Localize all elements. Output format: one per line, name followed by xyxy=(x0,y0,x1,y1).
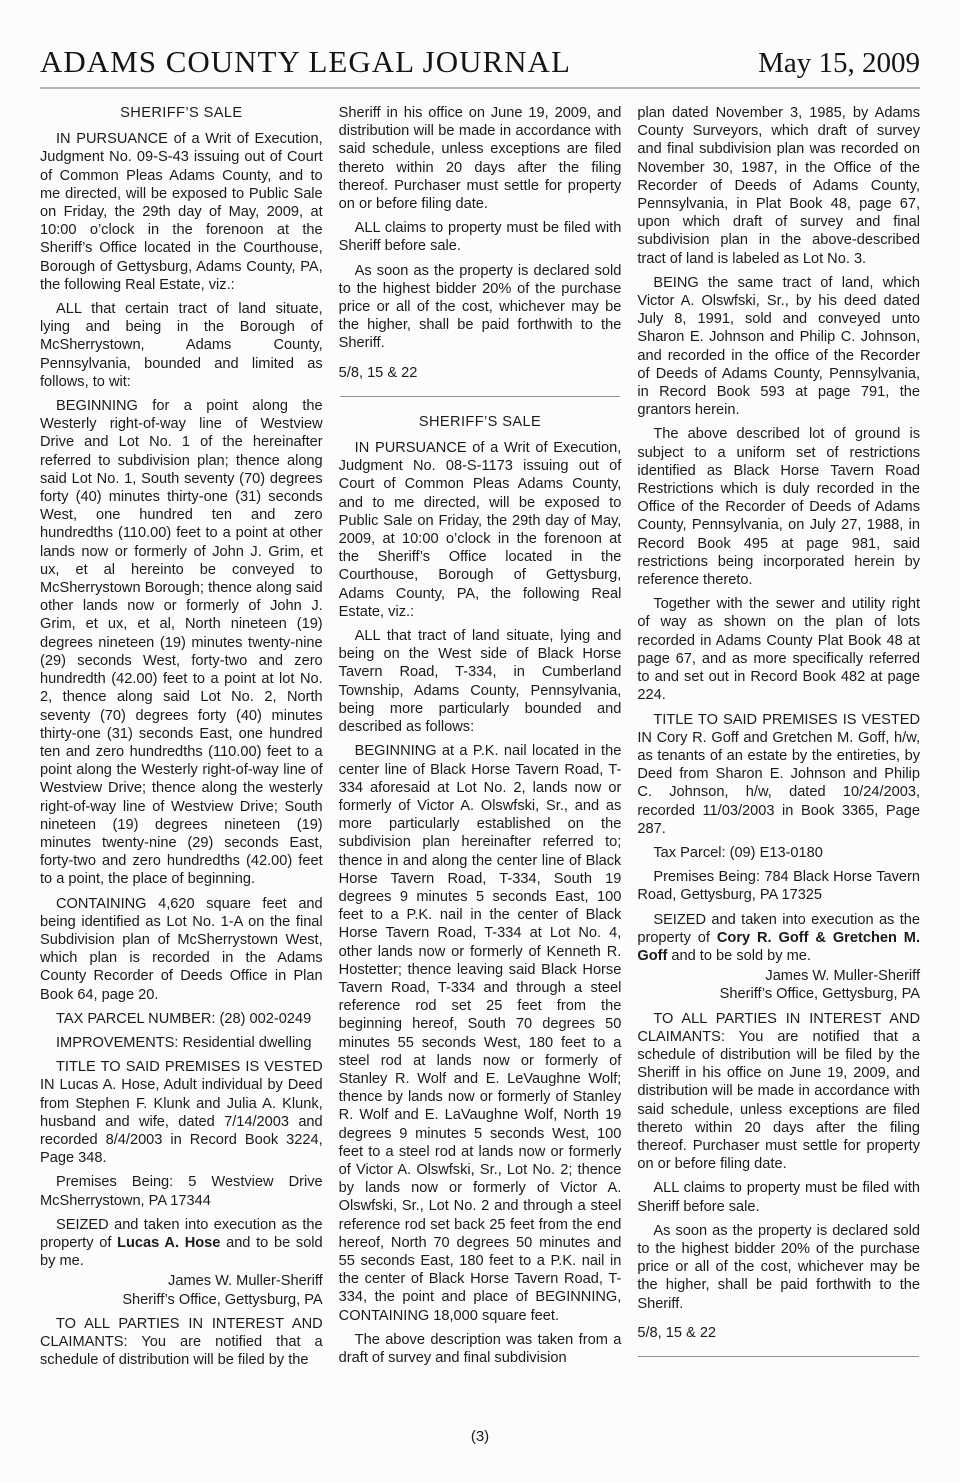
publication-dates: 5/8, 15 & 22 xyxy=(339,364,622,382)
notice-paragraph: SEIZED and taken into execution as the p… xyxy=(40,1216,323,1271)
notice-paragraph-continued: plan dated November 3, 1985, by Adams Co… xyxy=(637,104,920,268)
notice-paragraph: Premises Being: 784 Black Horse Tavern R… xyxy=(637,868,920,904)
publication-dates: 5/8, 15 & 22 xyxy=(637,1324,920,1342)
notice-divider xyxy=(638,1356,919,1357)
notice-paragraph: IMPROVEMENTS: Residential dwelling xyxy=(40,1034,323,1052)
notice-paragraph: TAX PARCEL NUMBER: (28) 002-0249 xyxy=(40,1010,323,1028)
notice-divider xyxy=(340,396,621,397)
signature-line: Sheriff’s Office, Gettysburg, PA xyxy=(40,1291,323,1309)
masthead: ADAMS COUNTY LEGAL JOURNAL May 15, 2009 xyxy=(40,0,920,80)
notice-paragraph: TITLE TO SAID PREMISES IS VESTED IN Cory… xyxy=(637,711,920,838)
notice-paragraph: Tax Parcel: (09) E13-0180 xyxy=(637,844,920,862)
signature-line: James W. Muller-Sheriff xyxy=(40,1272,323,1290)
notice-paragraph: As soon as the property is declared sold… xyxy=(637,1222,920,1313)
issue-date: May 15, 2009 xyxy=(758,47,920,80)
page-number: (3) xyxy=(471,1428,489,1445)
signature-line: Sheriff’s Office, Gettysburg, PA xyxy=(637,985,920,1003)
notice-paragraph: TITLE TO SAID PREMISES IS VESTED IN Luca… xyxy=(40,1058,323,1167)
notice-paragraph: As soon as the property is declared sold… xyxy=(339,262,622,353)
notice-paragraph: TO ALL PARTIES IN INTEREST AND CLAIMANTS… xyxy=(637,1010,920,1174)
notice-heading: SHERIFF’S SALE xyxy=(40,104,323,122)
notice-paragraph-continued: Sheriff in his office on June 19, 2009, … xyxy=(339,104,622,213)
journal-page: ADAMS COUNTY LEGAL JOURNAL May 15, 2009 … xyxy=(0,0,960,1483)
column-2: Sheriff in his office on June 19, 2009, … xyxy=(339,104,622,1373)
notice-paragraph: CONTAINING 4,620 square feet and being i… xyxy=(40,895,323,1004)
notice-paragraph: Together with the sewer and utility righ… xyxy=(637,595,920,704)
notice-paragraph: ALL that certain tract of land situate, … xyxy=(40,300,323,391)
notice-paragraph: TO ALL PARTIES IN INTEREST AND CLAIMANTS… xyxy=(40,1315,323,1370)
column-3: plan dated November 3, 1985, by Adams Co… xyxy=(637,104,920,1373)
notice-paragraph: IN PURSUANCE of a Writ of Execution, Jud… xyxy=(40,130,323,294)
notice-paragraph: ALL claims to property must be filed wit… xyxy=(339,219,622,255)
notice-paragraph: The above described lot of ground is sub… xyxy=(637,425,920,589)
notice-paragraph: IN PURSUANCE of a Writ of Execution, Jud… xyxy=(339,439,622,621)
notice-paragraph: Premises Being: 5 Westview Drive McSherr… xyxy=(40,1173,323,1209)
notice-paragraph: BEING the same tract of land, which Vict… xyxy=(637,274,920,420)
notice-paragraph: ALL claims to property must be filed wit… xyxy=(637,1179,920,1215)
column-1: SHERIFF’S SALEIN PURSUANCE of a Writ of … xyxy=(40,104,323,1373)
journal-title: ADAMS COUNTY LEGAL JOURNAL xyxy=(40,44,571,80)
notice-paragraph: The above description was taken from a d… xyxy=(339,1331,622,1367)
content-columns: SHERIFF’S SALEIN PURSUANCE of a Writ of … xyxy=(40,104,920,1373)
notice-paragraph: SEIZED and taken into execution as the p… xyxy=(637,911,920,966)
page-footer: (3) xyxy=(0,1428,960,1445)
notice-paragraph: BEGINNING at a P.K. nail located in the … xyxy=(339,742,622,1325)
signature-line: James W. Muller-Sheriff xyxy=(637,967,920,985)
notice-heading: SHERIFF’S SALE xyxy=(339,413,622,431)
masthead-rule xyxy=(40,87,920,89)
notice-paragraph: BEGINNING for a point along the Westerly… xyxy=(40,397,323,888)
notice-paragraph: ALL that tract of land situate, lying an… xyxy=(339,627,622,736)
